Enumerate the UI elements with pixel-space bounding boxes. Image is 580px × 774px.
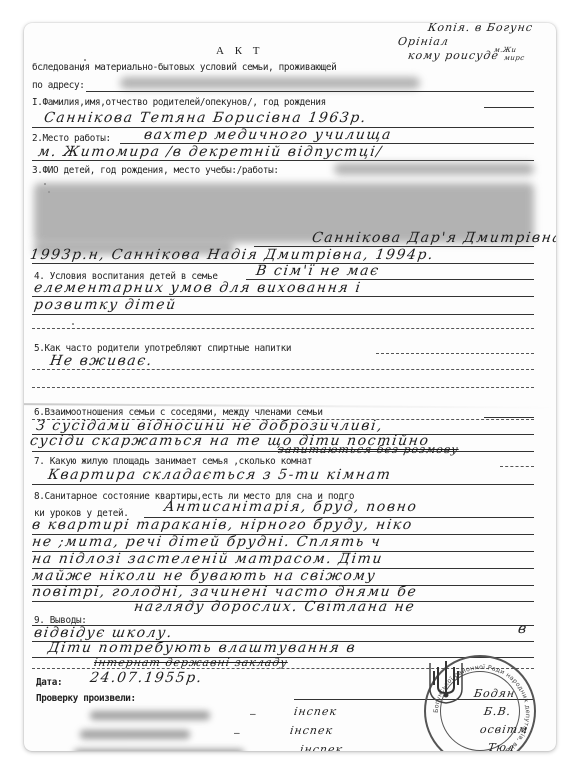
underline: [32, 387, 534, 388]
trident-emblem-icon: [426, 657, 466, 705]
question-5-answer: Не вживає.: [49, 353, 154, 369]
underline: [32, 484, 534, 485]
question-2-label: 2.Место работы:: [32, 133, 111, 144]
underline: [32, 451, 534, 452]
question-6-label: 6.Взаимоотношения семьи с соседями, межд…: [34, 407, 323, 418]
question-8-answer: повітрі, голодні, зачинені часто днями б…: [31, 584, 419, 600]
dash: –: [256, 747, 261, 751]
underline: [32, 369, 534, 370]
stamp-overlay-note: освітм: [479, 723, 529, 736]
question-8-answer: в квартирі тараканів, нірного бруду, нік…: [31, 517, 414, 533]
question-9-answer: відвідує школу.: [33, 625, 174, 641]
corner-note-line: Орініал: [397, 35, 450, 48]
paper-speck: [72, 323, 74, 325]
question-4-answer: елементарних умов для виховання і: [33, 280, 363, 296]
question-2-answer: м. Житомира /в декретній відпустці/: [37, 144, 384, 160]
question-4-answer: розвитку дітей: [33, 297, 178, 313]
document-title: А К Т: [216, 45, 264, 57]
dash: –: [250, 709, 255, 720]
question-3-answer: 1993р.н, Саннікова Надія Дмитрівна, 1994…: [29, 247, 435, 263]
question-7-label: 7. Какую жилую площадь занимает семья ,с…: [34, 456, 312, 467]
underline: [32, 314, 534, 315]
underline: [376, 353, 534, 354]
question-8-answer: не ;мита, речі дітей брудні. Сплять ч: [31, 534, 383, 550]
address-redacted: [120, 77, 420, 89]
corner-note-line: мирс: [503, 54, 525, 62]
document-scan: Копія. в Богунс Орініал кому роисуде м.Ж…: [24, 23, 556, 751]
date-value: 24.07.1955р.: [89, 670, 204, 686]
underline: [32, 160, 534, 161]
dash: –: [234, 728, 239, 739]
question-8-answer: Антисанітарія, бруд, повно: [163, 499, 419, 515]
underline: [86, 91, 534, 92]
question-4-answer: В сім'ї не має: [255, 263, 381, 279]
official-stamp: Богунської районної Ради народних депута…: [424, 655, 536, 751]
question-6-answer: запитаються без розмову: [277, 443, 459, 456]
underline: [500, 466, 534, 467]
stamp-overlay-note: Бодян: [473, 687, 516, 700]
question-8-answer: на підлозі застеленій матрасом. Діти: [31, 551, 384, 567]
underline: [484, 107, 534, 108]
corner-note-line: Копія. в Богунс: [427, 23, 534, 34]
question-3-answer: Саннікова Дар'я Дмитрівна: [311, 230, 556, 246]
children-redacted: [334, 163, 534, 175]
question-8-answer: нагляду дорослих. Світлана не: [133, 599, 417, 615]
underline: [32, 328, 534, 329]
corner-note-line: м.Жи: [493, 46, 517, 54]
question-9-answer: в: [517, 621, 529, 637]
inspector-name-redacted: [74, 749, 244, 751]
question-9-answer: Діти потребують влаштування в: [47, 640, 357, 656]
underline: [484, 417, 534, 418]
stamp-overlay-note: Б.В.: [483, 705, 512, 718]
inspectors-label: Проверку произвели:: [36, 693, 136, 704]
inspector-role: інспек: [299, 743, 344, 751]
question-7-answer: Квартира складається з 5-ти кімнат: [47, 467, 393, 483]
question-8-answer: майже ніколи не бувають на свіжому: [31, 568, 377, 584]
address-label: по адресу:: [32, 80, 84, 91]
inspector-role: інспек: [289, 724, 334, 737]
question-3-label: 3.ФИО детей, год рождения, место учебы:/…: [32, 165, 279, 176]
inspector-role: інспек: [293, 705, 338, 718]
question-1-label: I.Фамилия,имя,отчество родителей/опекуно…: [32, 97, 326, 108]
question-1-answer: Саннікова Тетяна Борисівна 1963р.: [43, 110, 368, 126]
question-6-answer: З сусідами відносини не доброзичливі,: [35, 418, 384, 434]
stamp-overlay-note: Тюл: [487, 741, 516, 751]
document-subtitle: бследования материально-бытовых условий …: [32, 62, 336, 73]
inspector-name-redacted: [80, 730, 190, 739]
paper-speck: [84, 59, 86, 61]
inspector-name-redacted: [90, 711, 210, 720]
corner-note-line: кому роисуде: [407, 49, 500, 62]
question-2-answer: вахтер медичного училища: [143, 127, 393, 143]
date-label: Дата:: [36, 677, 62, 688]
